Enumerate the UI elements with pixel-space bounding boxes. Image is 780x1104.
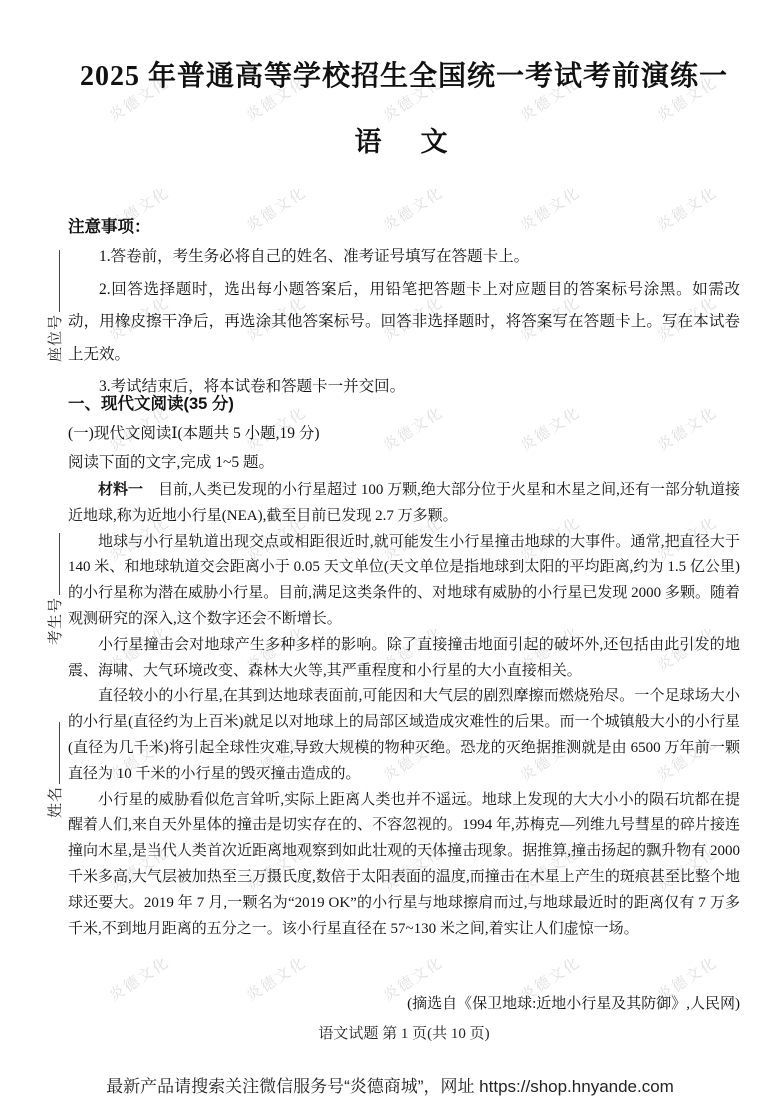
candidate-number-blank-line [58,533,60,595]
material-label: 材料一 [98,482,143,498]
section-subheading: (一)现代文阅读Ⅰ(本题共 5 小题,19 分) [68,421,740,443]
exam-title: 2025 年普通高等学校招生全国统一考试考前演练一 [68,54,740,94]
seat-number-blank-line [58,250,60,312]
exam-subject: 语 文 [68,120,740,159]
notice-item: 1.答卷前，考生务必将自己的姓名、准考证号填写在答题卡上。 [68,241,740,274]
name-label: 姓名 [44,722,65,818]
page-number-footer: 语文试题 第 1 页(共 10 页) [68,1022,740,1043]
reading-material: 材料一目前,人类已发现的小行星超过 100 万颗,绝大部分位于火星和木星之间,还… [68,478,740,942]
material-paragraph: 材料一目前,人类已发现的小行星超过 100 万颗,绝大部分位于火星和木星之间,还… [68,478,740,530]
material-paragraph: 直径较小的小行星,在其到达地球表面前,可能因和大气层的剧烈摩擦而燃烧殆尽。一个足… [68,684,740,787]
source-attribution: (摘选自《保卫地球:近地小行星及其防御》,人民网) [68,992,742,1013]
name-blank-line [58,722,60,784]
publisher-banner: 最新产品请搜索关注微信服务号“炎德商城”，网址 https://shop.hny… [0,1072,780,1097]
material-paragraph: 小行星撞击会对地球产生多种多样的影响。除了直接撞击地面引起的破坏外,还包括由此引… [68,633,740,685]
material-paragraph-text: 目前,人类已发现的小行星超过 100 万颗,绝大部分位于火星和木星之间,还有一部… [68,482,740,524]
candidate-number-text: 考生号 [48,597,64,645]
material-paragraph: 地球与小行星轨道出现交点或相距很近时,就可能发生小行星撞击地球的大事件。通常,把… [68,530,740,633]
notice-item: 2.回答选择题时，选出每小题答案后，用铅笔把答题卡上对应题目的答案标号涂黑。如需… [68,274,740,372]
seat-number-text: 座位号 [48,314,64,362]
section-heading: 一、现代文阅读(35 分) [68,390,740,414]
section-instruction: 阅读下面的文字,完成 1~5 题。 [68,450,740,472]
material-paragraph: 小行星的威胁看似危言耸听,实际上距离人类也并不遥远。地球上发现的大大小小的陨石坑… [68,788,740,943]
name-text: 姓名 [48,786,64,818]
notice-heading: 注意事项： [68,213,740,237]
candidate-number-label: 考生号 [44,533,65,645]
notice-list: 1.答卷前，考生务必将自己的姓名、准考证号填写在答题卡上。 2.回答选择题时，选… [68,241,740,404]
seat-number-label: 座位号 [44,250,65,362]
